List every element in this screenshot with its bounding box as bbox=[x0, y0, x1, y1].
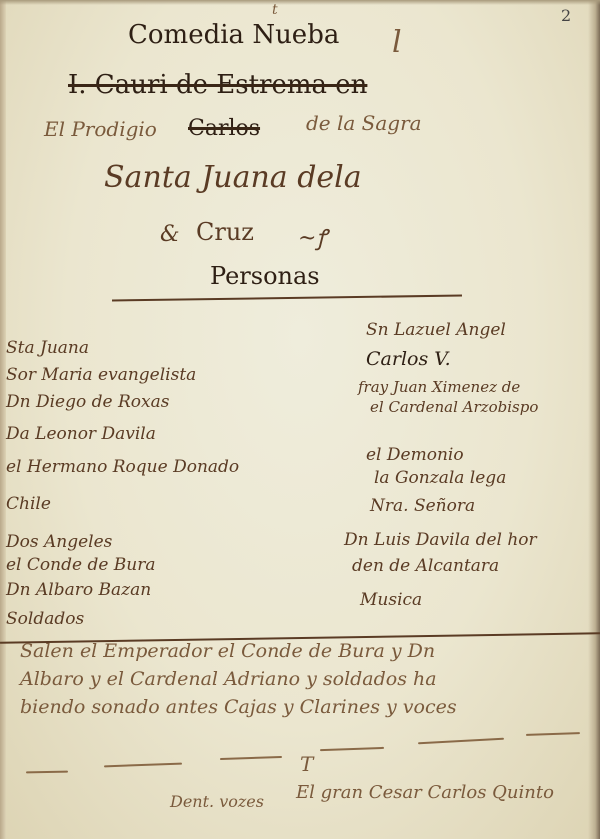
title-comedia-nueba: Comedia Nueba bbox=[128, 20, 339, 50]
title-struck-line: I. Cauri de Estrema en bbox=[68, 70, 367, 100]
cast-item: el Demonio bbox=[366, 445, 464, 465]
page-edge-left bbox=[0, 0, 6, 839]
separator-dash bbox=[220, 756, 282, 760]
cast-item: Sn Lazuel Angel bbox=[366, 320, 506, 340]
separator-dash bbox=[418, 738, 504, 744]
title-prefix-el-prodigio: El Prodigio bbox=[44, 117, 157, 141]
cast-item: Dn Diego de Roxas bbox=[6, 392, 169, 412]
cast-item: el Conde de Bura bbox=[6, 555, 156, 575]
separator-dash bbox=[104, 763, 182, 768]
heading-personas: Personas bbox=[210, 262, 320, 290]
cast-item: Musica bbox=[360, 590, 422, 610]
cast-item: la Gonzala lega bbox=[374, 468, 506, 488]
title-mark: l bbox=[392, 25, 402, 60]
manuscript-page: 2 t Comedia Nueba l I. Cauri de Estrema … bbox=[0, 0, 600, 839]
cast-item: den de Alcantara bbox=[352, 556, 499, 576]
verse-mark: T bbox=[300, 752, 313, 776]
cast-item: Dos Angeles bbox=[6, 532, 112, 552]
page-edge-right bbox=[588, 0, 600, 839]
title-santa-juana: Santa Juana dela bbox=[104, 160, 362, 195]
stage-direction-line: biendo sonado antes Cajas y Clarines y v… bbox=[20, 696, 457, 718]
flourish-right-icon: ~ꝭ bbox=[298, 222, 327, 252]
cast-item: el Cardenal Arzobispo bbox=[370, 398, 538, 416]
cast-item: Chile bbox=[6, 494, 51, 514]
cast-item: Sta Juana bbox=[6, 338, 89, 358]
separator-dash bbox=[526, 732, 580, 736]
separator-dash bbox=[320, 747, 384, 751]
stage-direction-line: Albaro y el Cardenal Adriano y soldados … bbox=[20, 668, 437, 690]
cast-item: Dn Albaro Bazan bbox=[6, 580, 151, 600]
folio-number: 2 bbox=[561, 6, 571, 25]
stage-direction-line: Salen el Emperador el Conde de Bura y Dn bbox=[20, 640, 435, 662]
title-struck-carlos: Carlos bbox=[188, 116, 260, 141]
personas-underline bbox=[112, 295, 462, 302]
cast-item: Carlos V. bbox=[366, 348, 451, 370]
cast-item: Sor Maria evangelista bbox=[6, 365, 196, 385]
flourish-left-icon: & bbox=[160, 222, 180, 247]
cast-item: Soldados bbox=[6, 609, 84, 629]
title-superscript: t bbox=[272, 2, 278, 18]
cast-item: Nra. Señora bbox=[370, 496, 475, 516]
separator-dash bbox=[26, 771, 68, 774]
speaker-label: Dent. vozes bbox=[170, 792, 264, 811]
dialogue-line: El gran Cesar Carlos Quinto bbox=[296, 782, 554, 803]
title-cruz: Cruz bbox=[196, 218, 254, 246]
cast-item: Da Leonor Davila bbox=[6, 424, 156, 444]
cast-item: fray Juan Ximenez de bbox=[358, 378, 520, 396]
page-edge-top bbox=[0, 0, 600, 5]
cast-item: el Hermano Roque Donado bbox=[6, 457, 239, 477]
cast-item: Dn Luis Davila del hor bbox=[344, 530, 537, 550]
title-suffix-de-la-sagra: de la Sagra bbox=[306, 111, 422, 135]
